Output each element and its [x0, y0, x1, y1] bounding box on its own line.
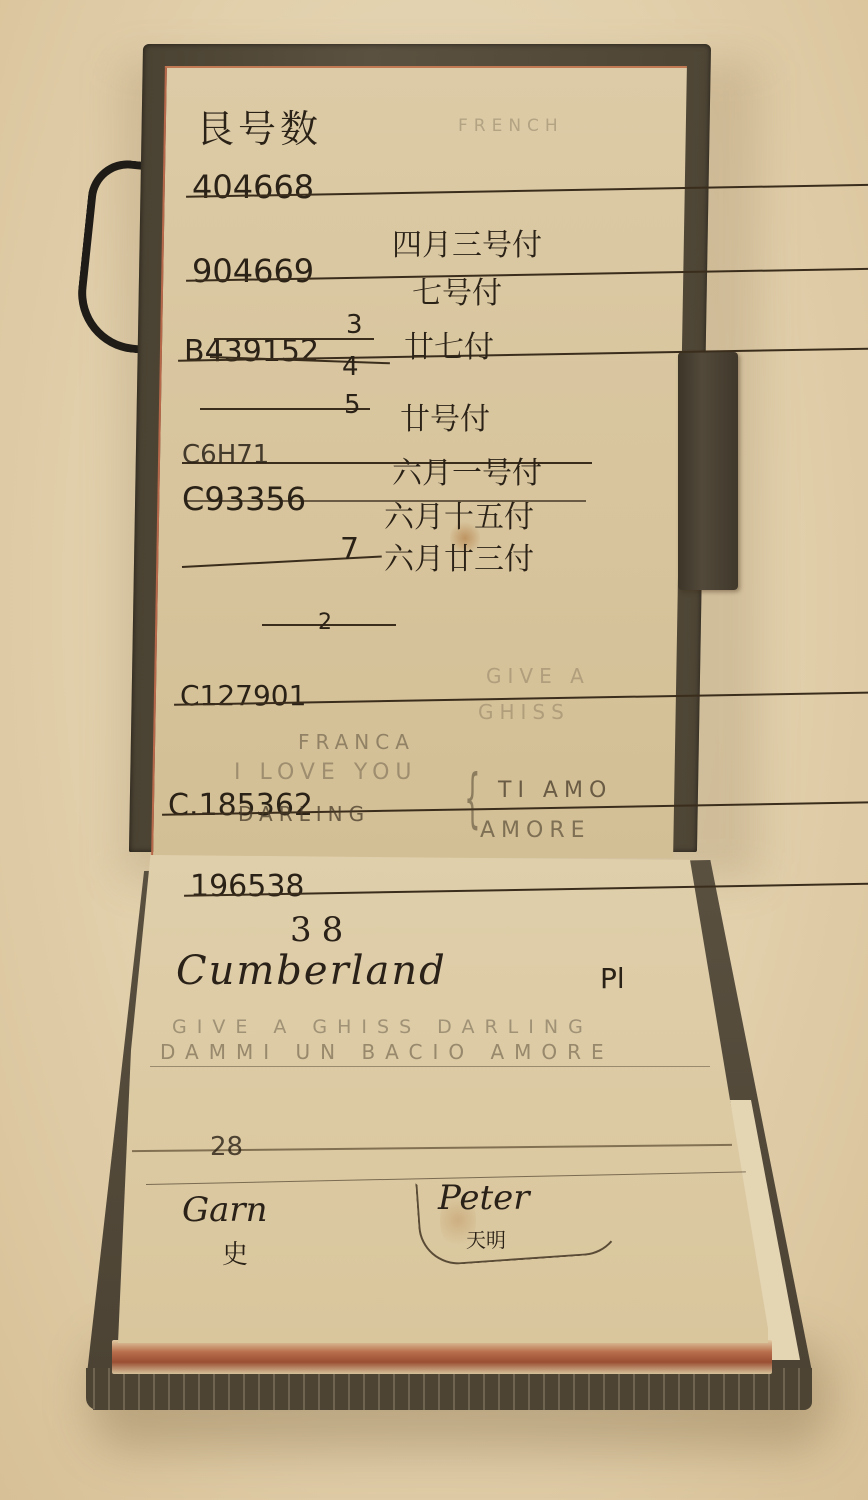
pencil-note-ti-amo: TI AMO — [498, 778, 612, 803]
pencil-holder-tab — [678, 352, 738, 590]
pencil-note-amore: AMORE — [480, 818, 591, 843]
entry-note: 六月十五付 — [384, 492, 534, 536]
pencil-note-franca: FRANCA — [298, 730, 415, 754]
notebook-page-lower — [118, 855, 768, 1343]
name-peter: Peter — [438, 1178, 530, 1218]
address-street: Cumberland — [176, 948, 447, 994]
pencil-note-i-love-you: I LOVE YOU — [234, 760, 417, 785]
entry-number: 3 — [346, 310, 363, 340]
pencil-line-give-a-ghiss: GIVE A GHISS DARLING — [172, 1016, 593, 1038]
cover-bottom-edge — [86, 1368, 812, 1410]
entry-number: 5 — [344, 390, 361, 420]
entry-number: C93356 — [182, 480, 306, 518]
entry-note: 廿七付 — [404, 322, 494, 366]
pencil-note-darling: DARLING — [238, 802, 370, 826]
struck-number: 28 — [210, 1132, 243, 1162]
pencil-brace: { — [464, 762, 480, 836]
name-peter-chinese: 天明 — [466, 1224, 506, 1253]
entry-note: 廿号付 — [400, 394, 490, 438]
entry-note: 六月一号付 — [392, 448, 542, 492]
page-stack-edge — [112, 1340, 772, 1374]
entry-note: 六月廿三付 — [384, 534, 534, 578]
address-suffix: Pl — [600, 962, 625, 995]
entry-number: C6H71 — [182, 440, 269, 470]
entry-note: 七号付 — [412, 268, 502, 312]
entry-number: 196538 — [190, 869, 868, 904]
entry-number: 2 — [318, 610, 332, 635]
name-garn-chinese: 史 — [222, 1234, 248, 1271]
pencil-line-dammi-un-bacio: DAMMI UN BACIO AMORE — [160, 1040, 614, 1064]
entry-number: 404668 — [192, 168, 868, 206]
name-garn: Garn — [182, 1190, 268, 1230]
faint-pencil-note: GHISS — [478, 700, 570, 724]
faint-french-note: FRENCH — [458, 116, 564, 136]
page-heading: 艮号数 — [196, 98, 322, 153]
faint-pencil-note: GIVE A — [486, 664, 590, 688]
entry-number: 4 — [342, 352, 359, 382]
pencil-underline — [150, 1066, 710, 1067]
entry-note: 四月三号付 — [392, 220, 542, 264]
address-number: 38 — [290, 910, 353, 950]
entry-number: 7 — [340, 532, 359, 567]
